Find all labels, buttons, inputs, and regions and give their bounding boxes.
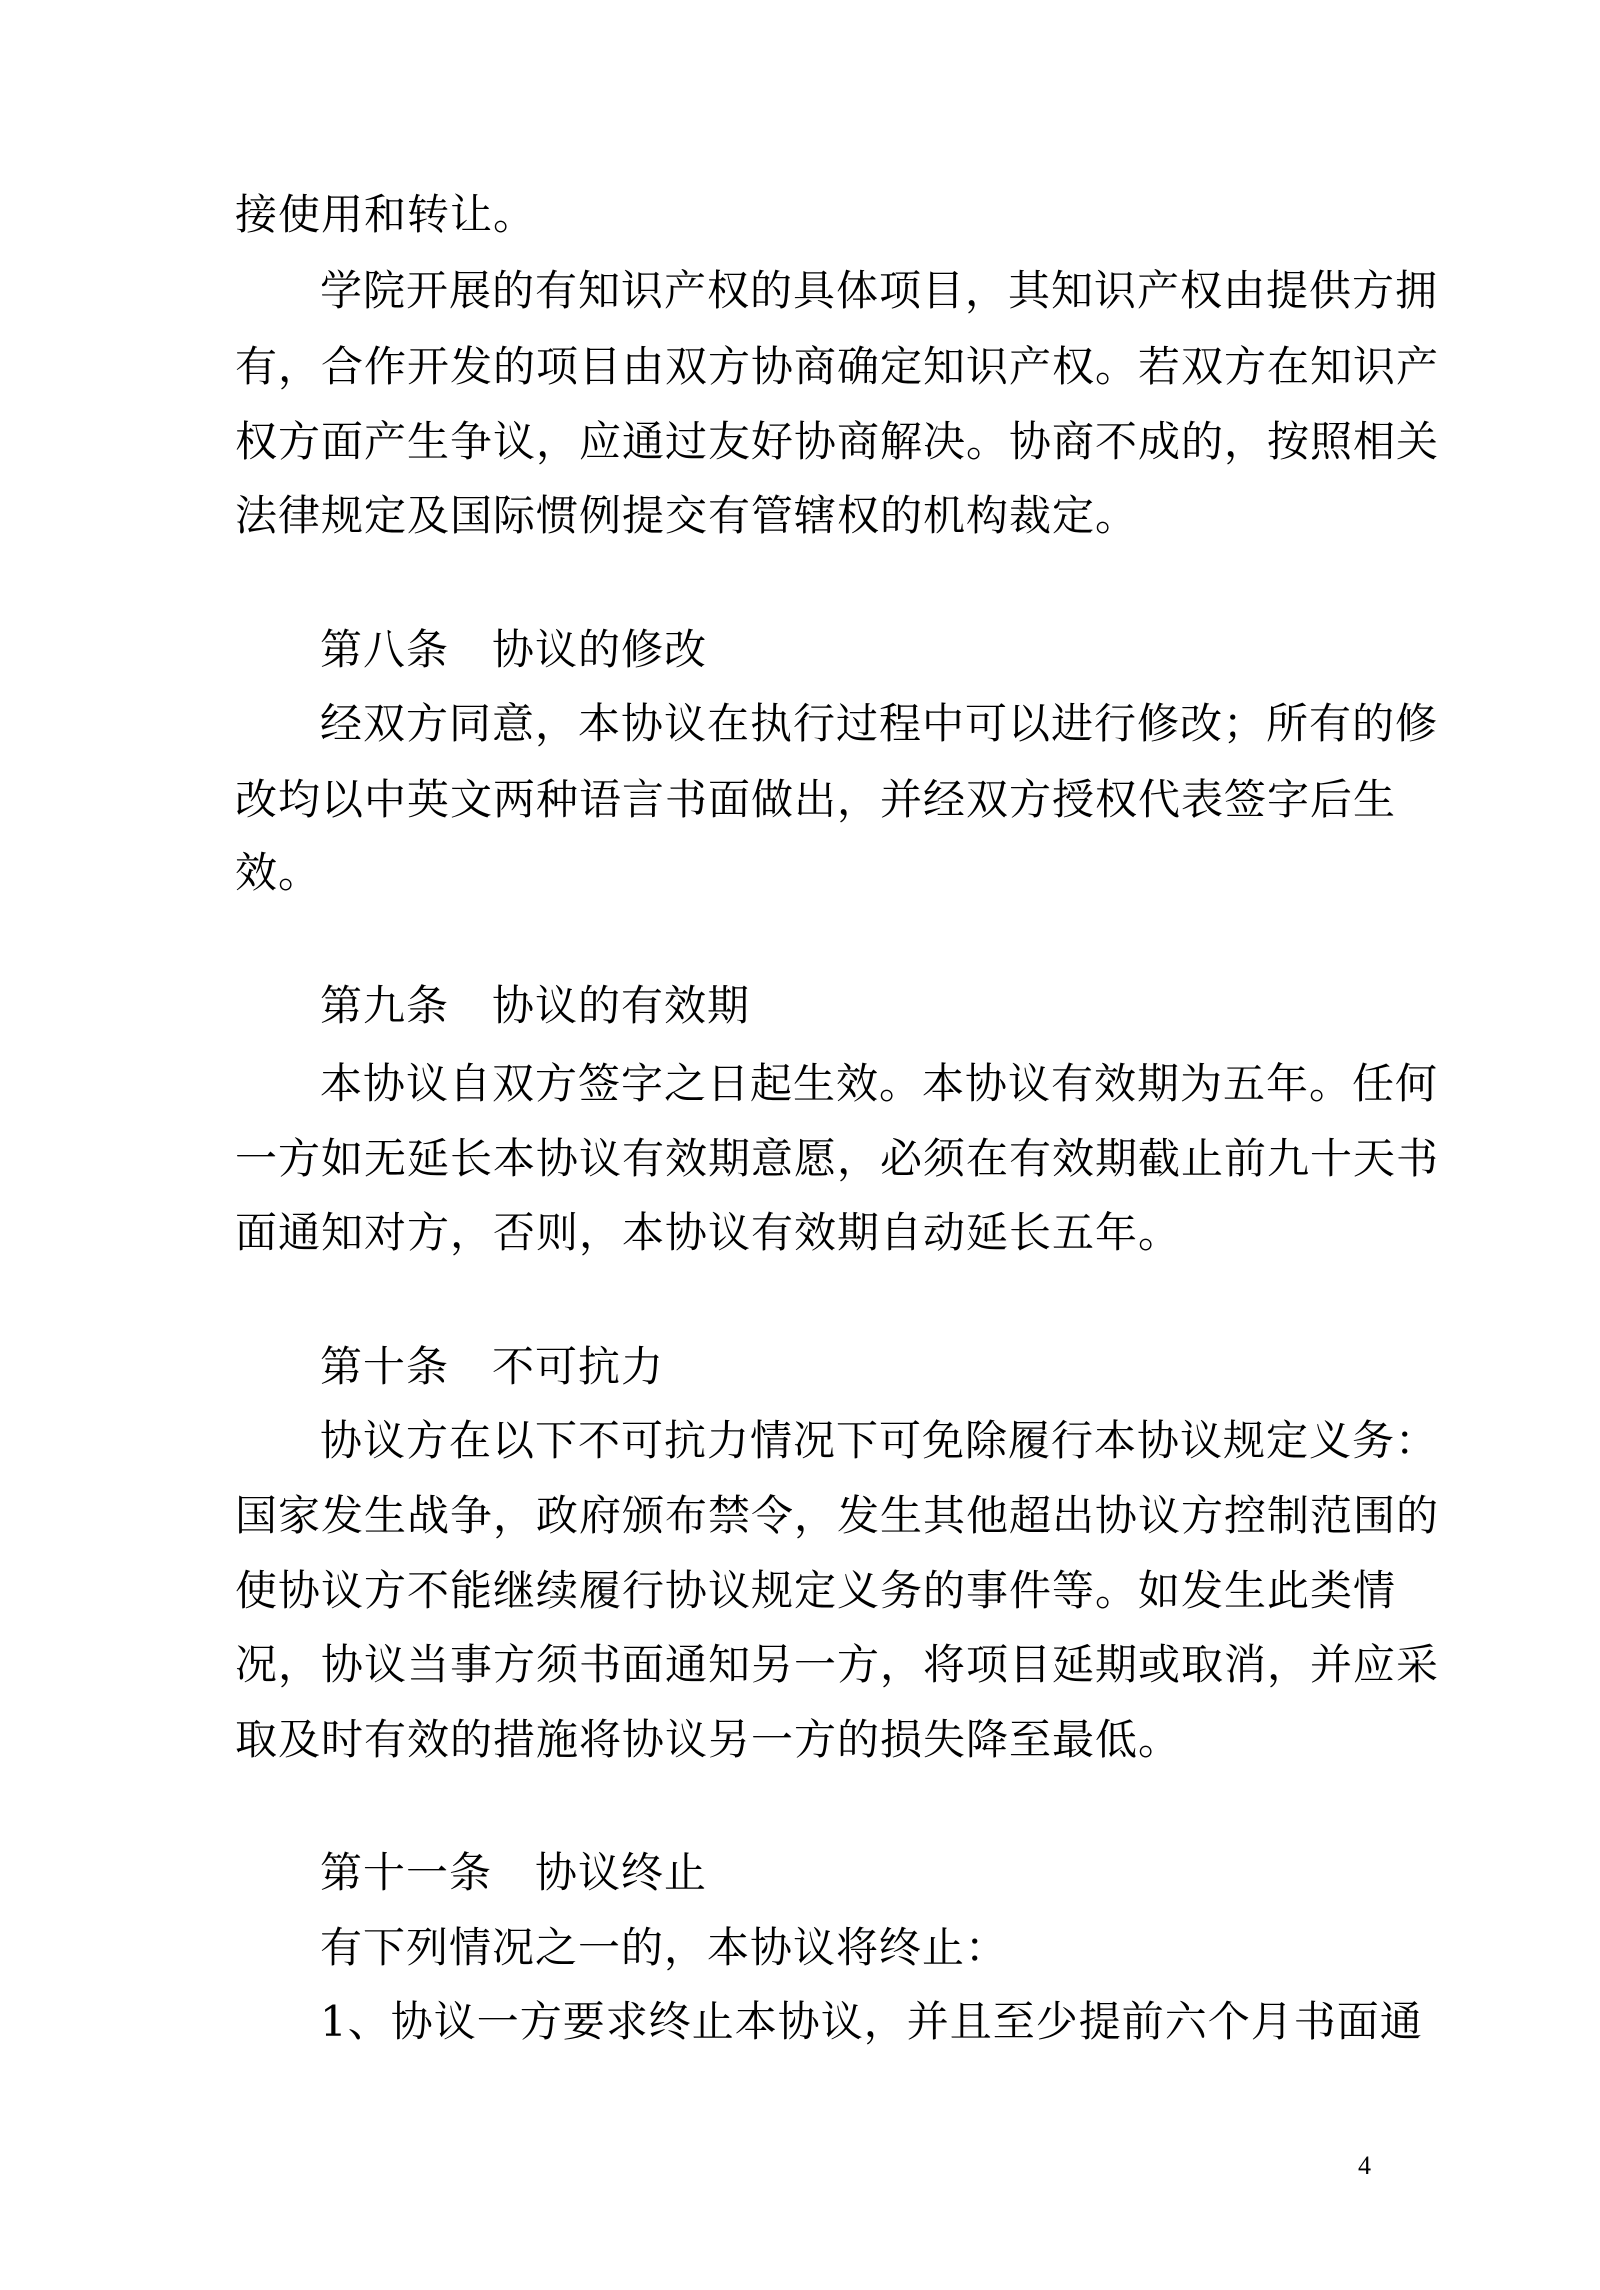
body-line: 效。 [235,843,1383,903]
document-page: 接使用和转让。 学院开展的有知识产权的具体项目，其知识产权由提供方拥 有，合作开… [0,0,1600,2290]
body-line: 面通知对方，否则，本协议有效期自动延长五年。 [235,1203,1383,1263]
body-line: 况，协议当事方须书面通知另一方，将项目延期或取消，并应采 [235,1635,1383,1695]
body-line: 协议方在以下不可抗力情况下可免除履行本协议规定义务： [320,1411,1383,1471]
article-11-heading: 第十一条 协议终止 [320,1843,1383,1903]
body-line: 经双方同意，本协议在执行过程中可以进行修改；所有的修 [320,694,1383,754]
body-line: 一方如无延长本协议有效期意愿，必须在有效期截止前九十天书 [235,1129,1383,1189]
body-line: 国家发生战争，政府颁布禁令，发生其他超出协议方控制范围的 [235,1486,1383,1546]
article-10-heading: 第十条 不可抗力 [320,1337,1383,1397]
page-number: 4 [1358,2148,1371,2184]
article-9-heading: 第九条 协议的有效期 [320,976,1383,1036]
body-line: 权方面产生争议，应通过友好协商解决。协商不成的，按照相关 [235,412,1383,472]
body-line: 改均以中英文两种语言书面做出，并经双方授权代表签字后生 [235,770,1383,830]
body-line: 有，合作开发的项目由双方协商确定知识产权。若双方在知识产 [235,337,1383,397]
list-item: 1、协议一方要求终止本协议，并且至少提前六个月书面通 [320,1992,1383,2052]
body-line: 接使用和转让。 [235,185,1383,245]
body-line: 使协议方不能继续履行协议规定义务的事件等。如发生此类情 [235,1561,1383,1621]
article-8-heading: 第八条 协议的修改 [320,620,1383,680]
body-line: 取及时有效的措施将协议另一方的损失降至最低。 [235,1710,1383,1770]
body-line: 法律规定及国际惯例提交有管辖权的机构裁定。 [235,486,1383,546]
body-line: 本协议自双方签字之日起生效。本协议有效期为五年。任何 [320,1054,1383,1114]
body-line: 学院开展的有知识产权的具体项目，其知识产权由提供方拥 [320,261,1383,321]
body-line: 有下列情况之一的，本协议将终止： [320,1918,1383,1978]
